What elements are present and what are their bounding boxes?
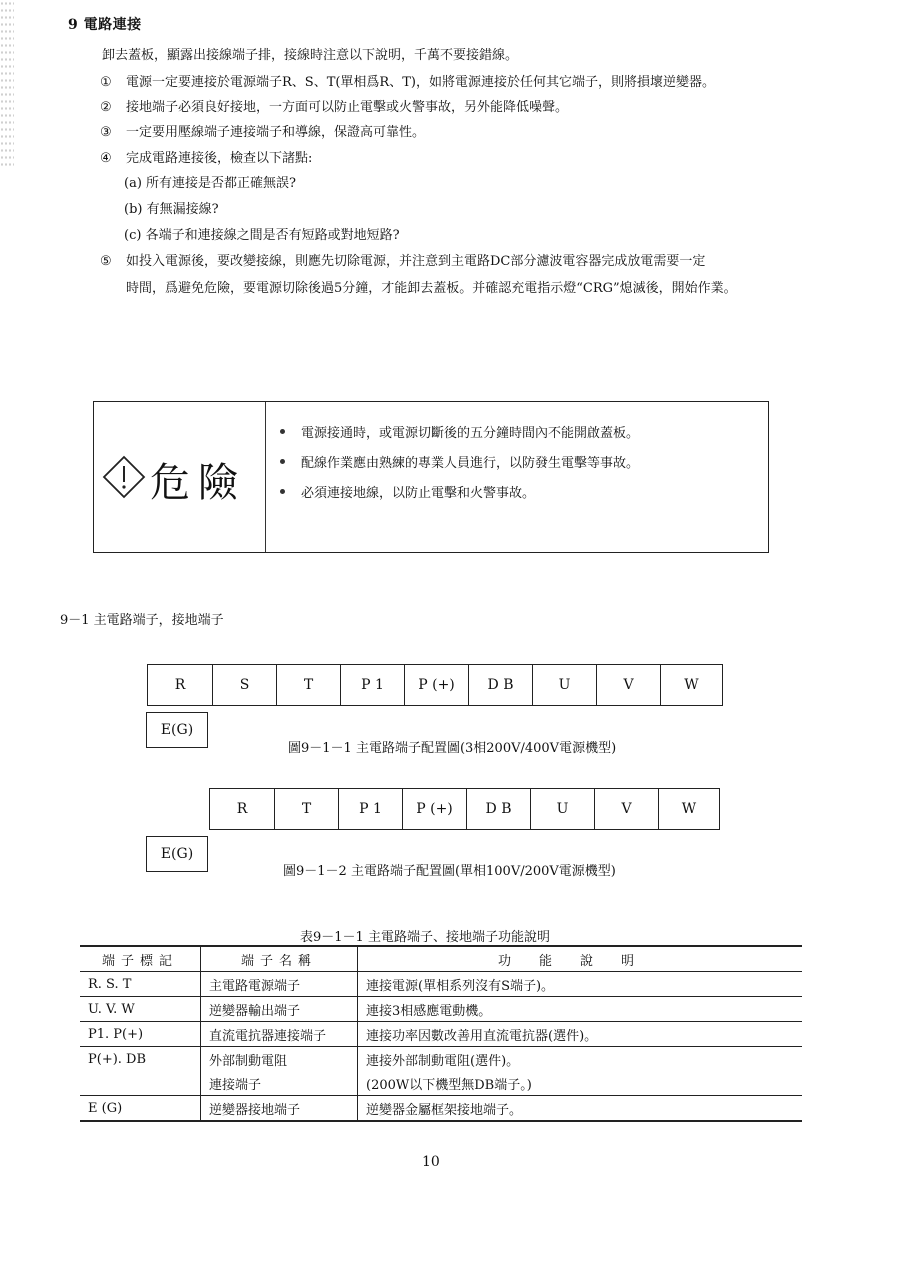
- terminal-name: 連接端子: [201, 1071, 358, 1096]
- table-row: P1. P(+) 直流電抗器連接端子 連接功率因數改善用直流電抗器(選件)。: [80, 1022, 802, 1047]
- list-item-2: ②接地端子必須良好接地，一方面可以防止電擊或火警事故，另外能降低噪聲。: [100, 96, 568, 115]
- check-label: (b): [124, 202, 142, 217]
- table-row: R. S. T 主電路電源端子 連接電源(單相系列沒有S端子)。: [80, 972, 802, 997]
- danger-bullet-2: 配線作業應由熟練的專業人員進行，以防發生電擊等事故。: [280, 446, 768, 476]
- check-text: 各端子和連接線之間是否有短路或對地短路?: [146, 228, 400, 243]
- terminal-cell: P 1: [340, 665, 404, 705]
- check-text: 所有連接是否都正確無誤?: [146, 176, 296, 191]
- terminal-cell: R: [210, 789, 274, 829]
- terminal-cell: P 1: [338, 789, 402, 829]
- terminal-strip-1phase: R T P 1 P (+) D B U V W: [209, 788, 720, 830]
- ground-terminal-1: E(G): [146, 712, 208, 748]
- page-number: 10: [422, 1154, 440, 1170]
- figure-caption-2: 圖9－1－2 主電路端子配置圖(單相100V/200V電源機型): [283, 860, 616, 879]
- check-b: (b) 有無漏接線?: [124, 198, 219, 217]
- terminal-function: 連接3相感應電動機。: [358, 997, 803, 1022]
- check-text: 有無漏接線?: [147, 202, 219, 217]
- terminal-name: 逆變器接地端子: [201, 1096, 358, 1122]
- terminal-cell: P (+): [402, 789, 466, 829]
- terminal-cell: D B: [466, 789, 530, 829]
- terminal-function: 逆變器金屬框架接地端子。: [358, 1096, 803, 1122]
- scan-margin-artifact: [0, 0, 14, 170]
- table-header-row: 端子標記 端子名稱 功能說明: [80, 946, 802, 972]
- terminal-cell: T: [274, 789, 338, 829]
- danger-bullets: 電源接通時，或電源切斷後的五分鐘時間內不能開啟蓋板。 配線作業應由熟練的專業人員…: [266, 402, 768, 552]
- list-item-3: ③一定要用壓線端子連接端子和導線，保證高可靠性。: [100, 121, 425, 140]
- danger-title: 危險: [150, 451, 246, 508]
- check-label: (c): [124, 228, 141, 243]
- bullet-icon: [280, 459, 285, 464]
- warning-diamond-icon: [102, 455, 146, 503]
- terminal-mark: P1. P(+): [80, 1022, 201, 1047]
- bullet-icon: [280, 489, 285, 494]
- terminal-mark: [80, 1071, 201, 1096]
- terminal-cell: P (+): [404, 665, 468, 705]
- terminal-function: 連接電源(單相系列沒有S端子)。: [358, 972, 803, 997]
- item-text: 接地端子必須良好接地，一方面可以防止電擊或火警事故，另外能降低噪聲。: [126, 100, 568, 115]
- list-item-5-continued: 時間，爲避免危險，要電源切除後過5分鐘，才能卸去蓋板。并確認充電指示燈“CRG”…: [126, 277, 737, 296]
- section-heading: 9 電路連接: [68, 14, 142, 34]
- terminal-name: 主電路電源端子: [201, 972, 358, 997]
- terminal-cell: D B: [468, 665, 532, 705]
- subsection-heading: 9－1 主電路端子，接地端子: [60, 609, 224, 628]
- terminal-cell: R: [148, 665, 212, 705]
- danger-bullet-text: 配線作業應由熟練的專業人員進行，以防發生電擊等事故。: [301, 452, 639, 471]
- terminal-function-table: 端子標記 端子名稱 功能說明 R. S. T 主電路電源端子 連接電源(單相系列…: [80, 945, 802, 1122]
- figure-caption-1: 圖9－1－1 主電路端子配置圖(3相200V/400V電源機型): [288, 737, 616, 756]
- item-text: 電源一定要連接於電源端子R、S、T(單相爲R、T)，如將電源連接於任何其它端子，…: [126, 75, 715, 90]
- terminal-mark: U. V. W: [80, 997, 201, 1022]
- terminal-cell: W: [658, 789, 719, 829]
- terminal-cell: V: [596, 665, 660, 705]
- check-c: (c) 各端子和連接線之間是否有短路或對地短路?: [124, 224, 400, 243]
- intro-text: 卸去蓋板，顯露出接線端子排，接線時注意以下說明，千萬不要接錯線。: [102, 44, 518, 63]
- table-row: E (G) 逆變器接地端子 逆變器金屬框架接地端子。: [80, 1096, 802, 1122]
- table-row: P(+). DB 外部制動電阻 連接外部制動電阻(選件)。: [80, 1047, 802, 1072]
- danger-warning-box: 危險 電源接通時，或電源切斷後的五分鐘時間內不能開啟蓋板。 配線作業應由熟練的專…: [93, 401, 769, 553]
- item-number: ①: [100, 75, 126, 90]
- list-item-5: ⑤如投入電源後，要改變接線，則應先切除電源，并注意到主電路DC部分濾波電容器完成…: [100, 250, 705, 269]
- table-row: U. V. W 逆變器輸出端子 連接3相感應電動機。: [80, 997, 802, 1022]
- list-item-4: ④完成電路連接後，檢查以下諸點:: [100, 147, 312, 166]
- item-text: 一定要用壓線端子連接端子和導線，保證高可靠性。: [126, 125, 425, 140]
- column-header: 端子名稱: [201, 946, 358, 972]
- column-header: 端子標記: [80, 946, 201, 972]
- list-item-1: ①電源一定要連接於電源端子R、S、T(單相爲R、T)，如將電源連接於任何其它端子…: [100, 71, 715, 90]
- terminal-strip-3phase: R S T P 1 P (+) D B U V W: [147, 664, 723, 706]
- item-number: ③: [100, 125, 126, 140]
- terminal-name: 外部制動電阻: [201, 1047, 358, 1072]
- terminal-mark: R. S. T: [80, 972, 201, 997]
- terminal-cell: S: [212, 665, 276, 705]
- terminal-function: (200W以下機型無DB端子。): [358, 1071, 803, 1096]
- item-text-line1: 如投入電源後，要改變接線，則應先切除電源，并注意到主電路DC部分濾波電容器完成放…: [126, 254, 705, 269]
- terminal-function: 連接功率因數改善用直流電抗器(選件)。: [358, 1022, 803, 1047]
- terminal-cell: V: [594, 789, 658, 829]
- terminal-mark: E (G): [80, 1096, 201, 1122]
- item-text: 完成電路連接後，檢查以下諸點:: [126, 151, 312, 166]
- terminal-mark: P(+). DB: [80, 1047, 201, 1072]
- danger-bullet-3: 必須連接地線，以防止電擊和火警事故。: [280, 476, 768, 506]
- item-number: ②: [100, 100, 126, 115]
- item-number: ⑤: [100, 254, 126, 269]
- table-title: 表9－1－1 主電路端子、接地端子功能說明: [300, 926, 550, 945]
- ground-terminal-2: E(G): [146, 836, 208, 872]
- danger-bullet-1: 電源接通時，或電源切斷後的五分鐘時間內不能開啟蓋板。: [280, 416, 768, 446]
- bullet-icon: [280, 429, 285, 434]
- danger-label-cell: 危險: [94, 402, 266, 552]
- item-number: ④: [100, 151, 126, 166]
- danger-bullet-text: 必須連接地線，以防止電擊和火警事故。: [301, 482, 535, 501]
- terminal-name: 逆變器輸出端子: [201, 997, 358, 1022]
- terminal-cell: W: [660, 665, 722, 705]
- terminal-cell: U: [532, 665, 596, 705]
- terminal-name: 直流電抗器連接端子: [201, 1022, 358, 1047]
- column-header: 功能說明: [358, 946, 803, 972]
- terminal-cell: U: [530, 789, 594, 829]
- check-a: (a) 所有連接是否都正確無誤?: [124, 172, 296, 191]
- danger-bullet-text: 電源接通時，或電源切斷後的五分鐘時間內不能開啟蓋板。: [301, 422, 639, 441]
- check-label: (a): [124, 176, 142, 191]
- table-row: 連接端子 (200W以下機型無DB端子。): [80, 1071, 802, 1096]
- terminal-cell: T: [276, 665, 340, 705]
- terminal-function: 連接外部制動電阻(選件)。: [358, 1047, 803, 1072]
